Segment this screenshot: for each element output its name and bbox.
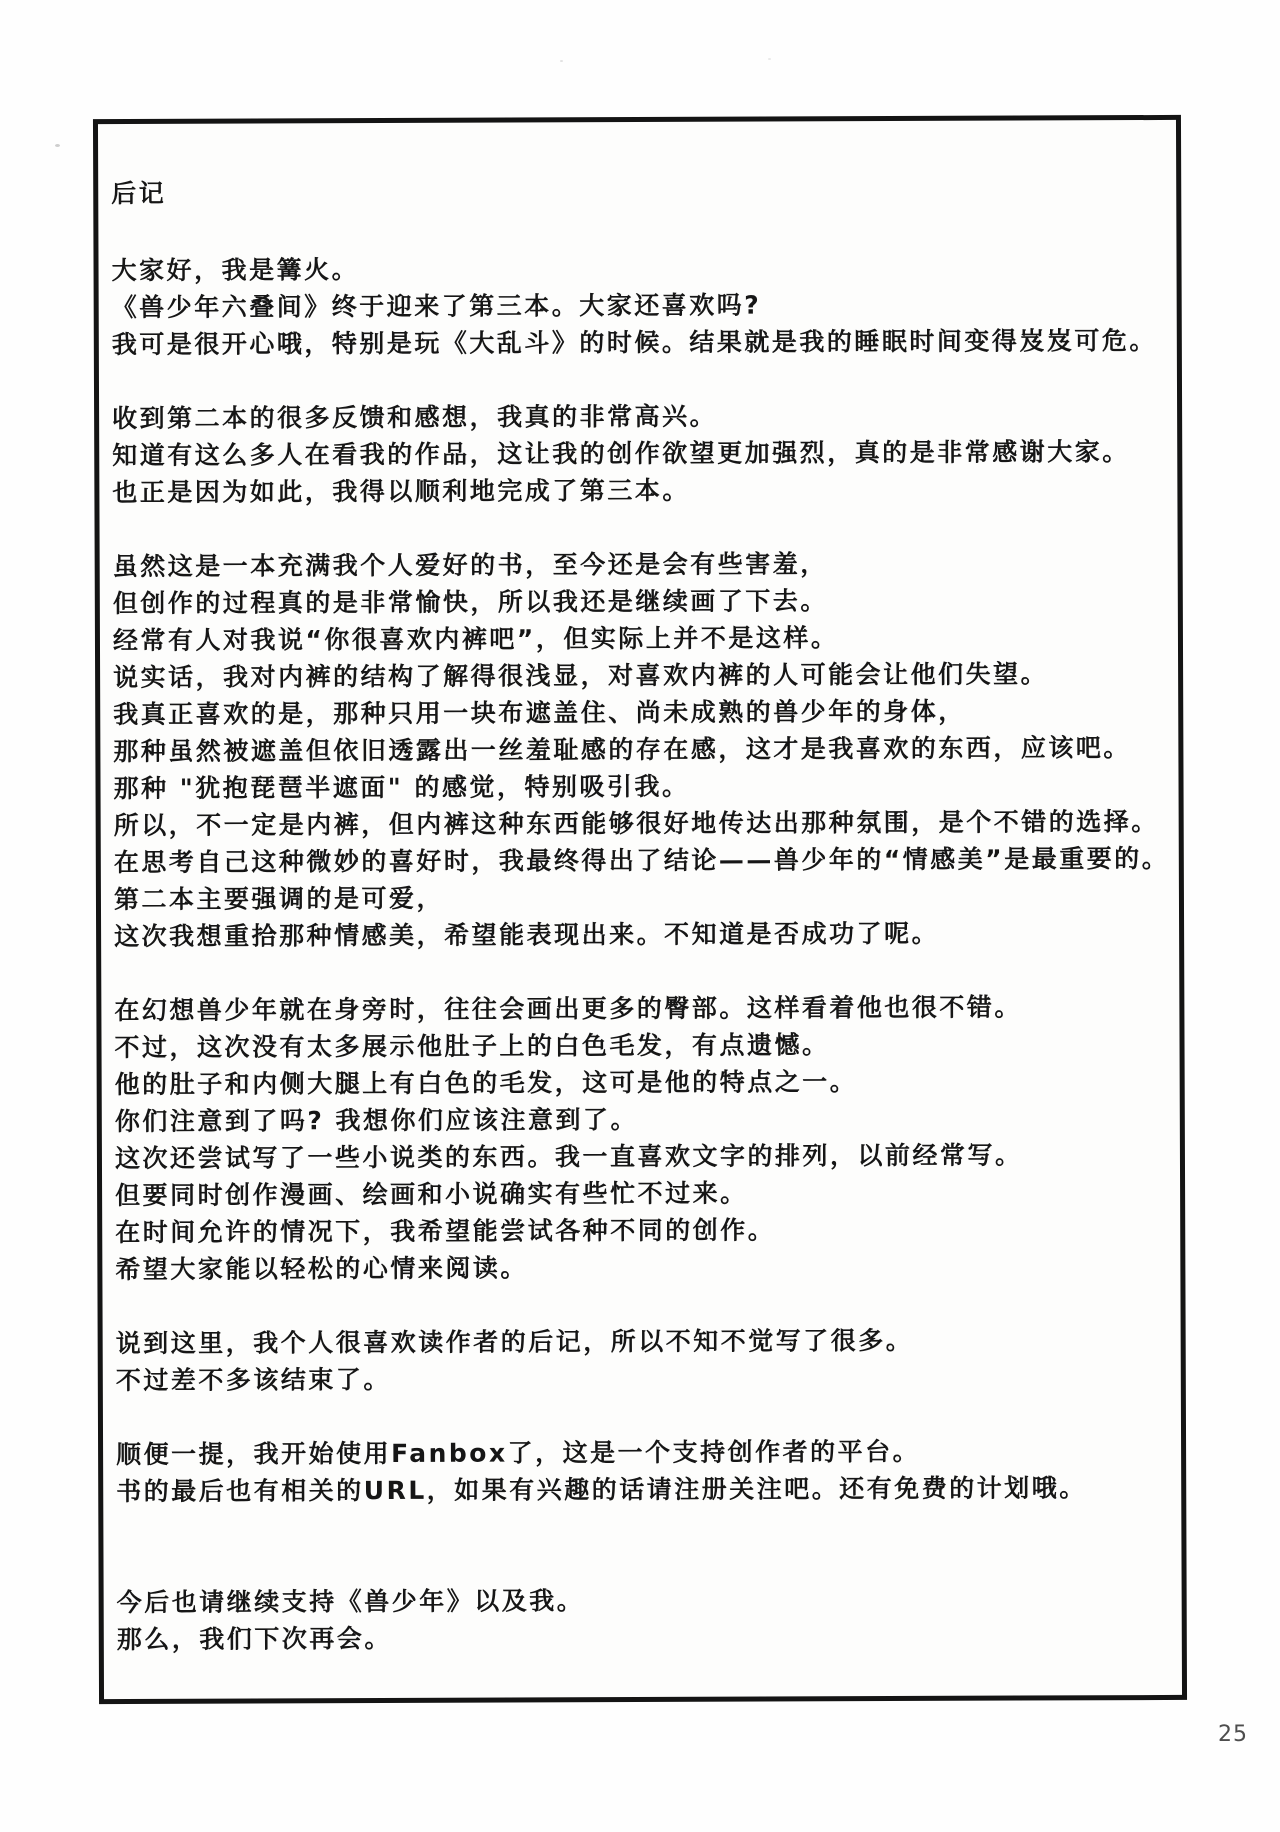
paragraph: 收到第二本的很多反馈和感想，我真的非常高兴。知道有这么多人在看我的作品，这让我的… xyxy=(112,396,1182,511)
text-line: 那种虽然被遮盖但依旧透露出一丝羞耻感的存在感，这才是我喜欢的东西，应该吧。 xyxy=(113,729,1183,770)
text-line: 那种 "犹抱琵琶半遮面" 的感觉，特别吸引我。 xyxy=(113,766,1183,807)
text-line: 第二本主要强调的是可爱， xyxy=(114,877,1184,918)
scan-speck xyxy=(55,144,60,147)
paragraph: 虽然这是一本充满我个人爱好的书，至今还是会有些害羞，但创作的过程真的是非常愉快，… xyxy=(113,544,1185,955)
text-line: 他的肚子和内侧大腿上有白色的毛发，这可是他的特点之一。 xyxy=(115,1062,1185,1103)
scanned-page: 后记 大家好，我是篝火。《兽少年六叠间》终于迎来了第三本。大家还喜欢吗?我可是很… xyxy=(0,0,1280,1832)
text-line: 但创作的过程真的是非常愉快，所以我还是继续画了下去。 xyxy=(113,581,1183,622)
text-line: 今后也请继续支持《兽少年》以及我。 xyxy=(117,1580,1187,1621)
text-line: 那么，我们下次再会。 xyxy=(117,1617,1187,1658)
text-line: 书的最后也有相关的URL，如果有兴趣的话请注册关注吧。还有免费的计划哦。 xyxy=(116,1469,1186,1510)
paragraph: 在幻想兽少年就在身旁时，往往会画出更多的臀部。这样看着他也很不错。不过，这次没有… xyxy=(114,988,1185,1288)
text-line: 这次还尝试写了一些小说类的东西。我一直喜欢文字的排列，以前经常写。 xyxy=(115,1136,1185,1177)
page-number: 25 xyxy=(1218,1722,1248,1747)
text-line: 你们注意到了吗? 我想你们应该注意到了。 xyxy=(115,1099,1185,1140)
text-line: 也正是因为如此，我得以顺利地完成了第三本。 xyxy=(112,470,1182,511)
text-line: 《兽少年六叠间》终于迎来了第三本。大家还喜欢吗? xyxy=(112,285,1182,326)
text-line: 不过，这次没有太多展示他肚子上的白色毛发，有点遗憾。 xyxy=(114,1025,1184,1066)
text-line: 在时间允许的情况下，我希望能尝试各种不同的创作。 xyxy=(115,1210,1185,1251)
text-line: 在思考自己这种微妙的喜好时，我最终得出了结论——兽少年的“情感美”是最重要的。 xyxy=(114,840,1184,881)
text-line: 说到这里，我个人很喜欢读作者的后记，所以不知不觉写了很多。 xyxy=(116,1321,1186,1362)
text-line: 说实话，我对内裤的结构了解得很浅显，对喜欢内裤的人可能会让他们失望。 xyxy=(113,655,1183,696)
text-line: 所以，不一定是内裤，但内裤这种东西能够很好地传达出那种氛围，是个不错的选择。 xyxy=(114,803,1184,844)
paragraph: 今后也请继续支持《兽少年》以及我。那么，我们下次再会。 xyxy=(117,1580,1187,1658)
paragraph: 顺便一提，我开始使用Fanbox了，这是一个支持创作者的平台。书的最后也有相关的… xyxy=(116,1432,1186,1510)
scan-speck xyxy=(560,60,563,62)
text-line: 希望大家能以轻松的心情来阅读。 xyxy=(115,1247,1185,1288)
text-line: 虽然这是一本充满我个人爱好的书，至今还是会有些害羞， xyxy=(113,544,1183,585)
text-line: 大家好，我是篝火。 xyxy=(111,248,1181,289)
paragraph: 大家好，我是篝火。《兽少年六叠间》终于迎来了第三本。大家还喜欢吗?我可是很开心哦… xyxy=(111,248,1181,363)
text-line: 顺便一提，我开始使用Fanbox了，这是一个支持创作者的平台。 xyxy=(116,1432,1186,1473)
text-line: 不过差不多该结束了。 xyxy=(116,1358,1186,1399)
paragraph: 说到这里，我个人很喜欢读作者的后记，所以不知不觉写了很多。不过差不多该结束了。 xyxy=(116,1321,1186,1399)
text-line: 经常有人对我说“你很喜欢内裤吧”，但实际上并不是这样。 xyxy=(113,618,1183,659)
afterword-title: 后记 xyxy=(111,174,166,210)
scan-speck xyxy=(768,58,771,60)
text-line: 在幻想兽少年就在身旁时，往往会画出更多的臀部。这样看着他也很不错。 xyxy=(114,988,1184,1029)
text-line: 我可是很开心哦，特别是玩《大乱斗》的时候。结果就是我的睡眠时间变得岌岌可危。 xyxy=(112,322,1182,363)
text-line: 收到第二本的很多反馈和感想，我真的非常高兴。 xyxy=(112,396,1182,437)
text-line: 知道有这么多人在看我的作品，这让我的创作欲望更加强烈，真的是非常感谢大家。 xyxy=(112,433,1182,474)
text-line: 但要同时创作漫画、绘画和小说确实有些忙不过来。 xyxy=(115,1173,1185,1214)
text-line: 我真正喜欢的是，那种只用一块布遮盖住、尚未成熟的兽少年的身体， xyxy=(113,692,1183,733)
document-body: 大家好，我是篝火。《兽少年六叠间》终于迎来了第三本。大家还喜欢吗?我可是很开心哦… xyxy=(111,248,1186,1658)
page-border-frame: 后记 大家好，我是篝火。《兽少年六叠间》终于迎来了第三本。大家还喜欢吗?我可是很… xyxy=(93,115,1187,1704)
text-line: 这次我想重拾那种情感美，希望能表现出来。不知道是否成功了呢。 xyxy=(114,914,1184,955)
